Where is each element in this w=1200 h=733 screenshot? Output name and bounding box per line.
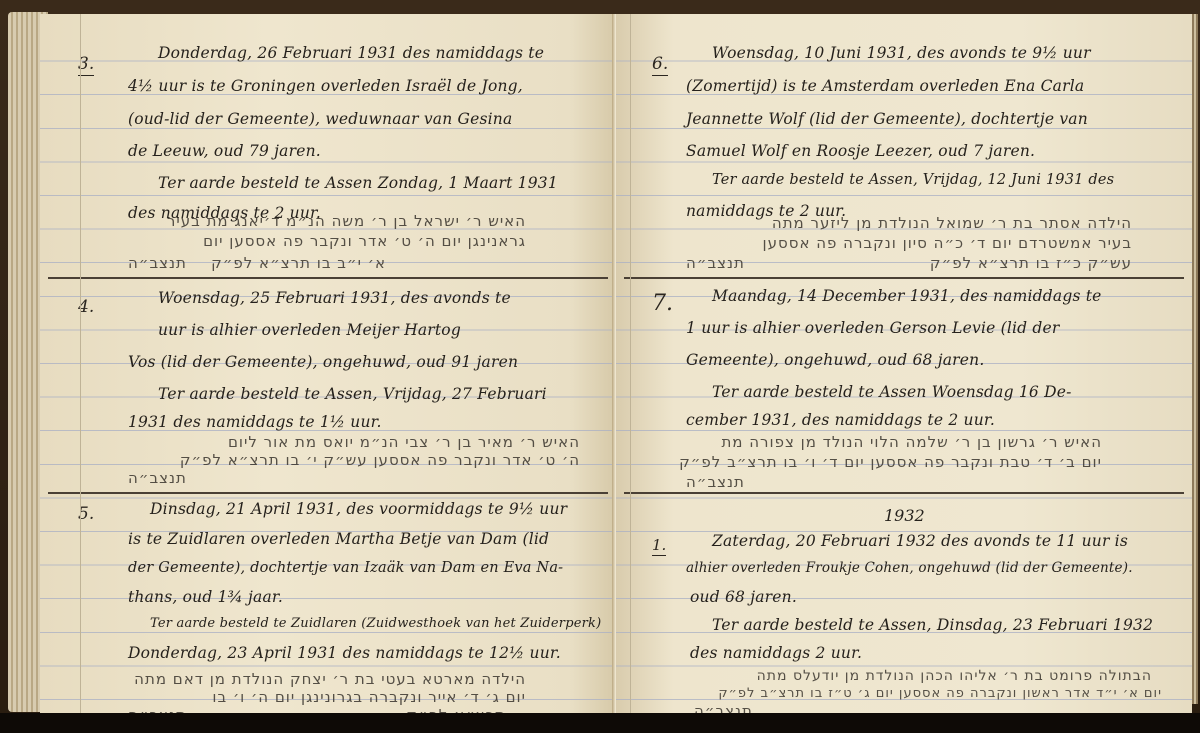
hebrew-text-line: עש״ק כ״ז בו תרצ״א לפ״ק [930,254,1132,272]
left-page: 3. Donderdag, 26 Februari 1931 des namid… [40,14,616,714]
entry-text-line: thans, oud 1¾ jaar. [128,588,283,606]
register-entry-6: 6. Woensdag, 10 Juni 1931, des avonds te… [616,14,1192,279]
entry-text-line: Ter aarde besteld te Assen Zondag, 1 Maa… [158,174,558,192]
entry-text-line: de Leeuw, oud 79 jaren. [128,142,321,160]
hebrew-text-line: בעיר אמשטרדם יום ד׳ כ״ה סיון ונקברה פה א… [763,234,1133,252]
entry-text-line: Vos (lid der Gemeente), ongehuwd, oud 91… [128,353,518,371]
entry-text-line: Donderdag, 26 Februari 1931 des namiddag… [158,44,544,62]
entry-text-line: Ter aarde besteld te Assen, Vrijdag, 27 … [158,385,547,403]
entry-text-line: Donderdag, 23 April 1931 des namiddags t… [128,644,561,662]
entry-text-line: Ter aarde besteld te Assen, Vrijdag, 12 … [712,172,1114,188]
entry-text-line: Gemeente), ongehuwd, oud 68 jaren. [686,351,984,369]
entry-text-line: Ter aarde besteld te Assen, Dinsdag, 23 … [712,616,1153,634]
hebrew-text-line: יום א׳ י״ד אדר ראשון ונקברה פה אססען יום… [718,686,1162,701]
hebrew-text-line: גראנינגן יום ה׳ ט׳ אדר ונקבר פה אססען יו… [203,232,526,250]
hebrew-text-line: הילדה מארטא בעטי בת ר׳ יצחק הנולדת מן דא… [134,670,526,688]
entry-text-line: Samuel Wolf en Roosje Leezer, oud 7 jare… [686,142,1035,160]
hebrew-text-line: האיש ר׳ גרשון בן ר׳ שלמה הלוי הנולד מן צ… [721,433,1102,451]
entry-number: 1. [652,536,666,556]
entry-text-line: des namiddags 2 uur. [690,644,862,662]
hebrew-text-line: תנצב״ה [128,254,187,272]
entry-text-line: Woensdag, 10 Juni 1931, des avonds te 9½… [712,44,1091,62]
right-page: 6. Woensdag, 10 Juni 1931, des avonds te… [616,14,1192,714]
register-entry-7: 7. Maandag, 14 December 1931, des namidd… [616,279,1192,494]
entry-number: 6. [652,54,668,76]
entry-text-line: Zaterdag, 20 Februari 1932 des avonds te… [712,532,1128,550]
entry-text-line: 1931 des namiddags te 1½ uur. [128,413,382,431]
hebrew-text-line: הילדה אסתר בת ר׳ שמואל הנולדת מן ליזער מ… [772,214,1132,232]
entry-text-line: Dinsdag, 21 April 1931, des voormiddags … [150,500,567,518]
table-surface-shadow [0,713,1200,733]
hebrew-text-line: יום ג׳ ד׳ אייר ונקברה בגרונינגן יום ה׳ ו… [212,688,526,706]
entry-text-line: (oud-lid der Gemeente), weduwnaar van Ge… [128,110,512,128]
year-heading: 1932 [884,506,925,525]
register-entry-4: 4. Woensdag, 25 Februari 1931, des avond… [40,279,616,494]
entry-text-line: cember 1931, des namiddags te 2 uur. [686,411,995,429]
hebrew-text-line: תנצב״ה [128,469,187,487]
hebrew-text-line: א׳ י״ב בו תרצ״א לפ״ק [211,254,386,272]
entry-text-line: 4½ uur is te Groningen overleden Israël … [128,77,523,95]
entry-text-line: (Zomertijd) is te Amsterdam overleden En… [686,77,1084,95]
hebrew-text-line: יום ב׳ ד׳ טבת ונקבר פה אססען יום ד׳ ו׳ ב… [679,453,1102,471]
entry-text-line: Jeannette Wolf (lid der Gemeente), docht… [686,110,1088,128]
entry-text-line: 1 uur is alhier overleden Gerson Levie (… [686,319,1060,337]
hebrew-text-line: האיש ר׳ מאיר בן ר׳ צבי הנ״מ יואס מת אור … [228,433,580,451]
entry-number: 7. [652,291,673,316]
entry-text-line: der Gemeente), dochtertje van Izaäk van … [128,560,563,576]
entry-text-line: is te Zuidlaren overleden Martha Betje v… [128,530,549,548]
entry-text-line: oud 68 jaren. [690,588,797,606]
entry-text-line: Ter aarde besteld te Zuidlaren (Zuidwest… [150,616,601,631]
entry-text-line: Maandag, 14 December 1931, des namiddags… [712,287,1102,305]
entry-text-line: Woensdag, 25 Februari 1931, des avonds t… [158,289,511,307]
hebrew-text-line: ה׳ ט׳ אדר ונקבר פה אססען עש״ק י׳ בו תרצ״… [180,451,580,469]
register-entry-3: 3. Donderdag, 26 Februari 1931 des namid… [40,14,616,279]
hebrew-text-line: תנצב״ה [686,254,745,272]
entry-text-line: Ter aarde besteld te Assen Woensdag 16 D… [712,383,1072,401]
hebrew-text-line: תנצב״ה [686,473,745,491]
hebrew-text-line: הבתולה פרומט בת ר׳ אליהו הכהן הנולדת מן … [757,668,1152,684]
page-margin [630,14,631,714]
entry-text-line: uur is alhier overleden Meijer Hartog [158,321,461,339]
register-entry-1932-1: 1932 1. Zaterdag, 20 Februari 1932 des a… [616,494,1192,714]
entry-text-line: alhier overleden Froukje Cohen, ongehuwd… [686,560,1133,576]
register-entry-5: 5. Dinsdag, 21 April 1931, des voormidda… [40,494,616,714]
page-margin [80,14,81,714]
hebrew-text-line: האיש ר׳ ישראל בן ר׳ משה הנ״מ ד׳יאנג מת ב… [167,212,526,230]
